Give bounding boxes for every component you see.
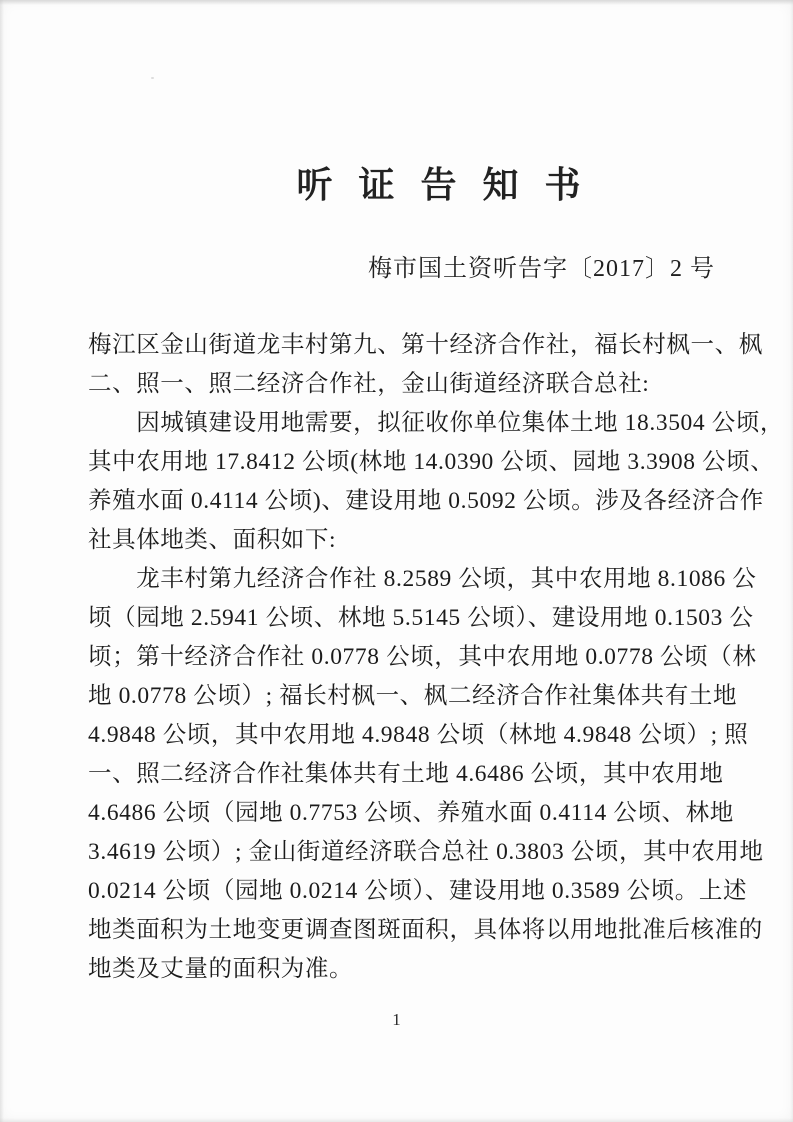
body-line: 因城镇建设用地需要，拟征收你单位集体土地 18.3504 公顷， bbox=[88, 404, 728, 443]
body-line: 顷（园地 2.5941 公顷、林地 5.5145 公顷）、建设用地 0.1503… bbox=[88, 599, 728, 638]
document-body: 梅江区金山街道龙丰村第九、第十经济合作社，福长村枫一、枫 二、照一、照二经济合作… bbox=[88, 326, 728, 989]
document-title: 听 证 告 知 书 bbox=[44, 157, 793, 208]
body-line: 养殖水面 0.4114 公顷)、建设用地 0.5092 公顷。涉及各经济合作 bbox=[88, 482, 728, 521]
body-line: 社具体地类、面积如下: bbox=[88, 521, 728, 560]
scan-edge-shadow-top bbox=[0, 0, 793, 5]
scan-artifact-speck bbox=[151, 77, 154, 79]
body-line: 顷；第十经济合作社 0.0778 公顷，其中农用地 0.0778 公顷（林 bbox=[88, 638, 728, 677]
body-line: 龙丰村第九经济合作社 8.2589 公顷，其中农用地 8.1086 公 bbox=[88, 560, 728, 599]
body-line: 3.4619 公顷）; 金山街道经济联合总社 0.3803 公顷，其中农用地 bbox=[88, 833, 728, 872]
body-line: 二、照一、照二经济合作社，金山街道经济联合总社: bbox=[88, 365, 728, 404]
document-page: 听 证 告 知 书 梅市国土资听告字〔2017〕2 号 梅江区金山街道龙丰村第九… bbox=[0, 0, 793, 1122]
body-line: 梅江区金山街道龙丰村第九、第十经济合作社，福长村枫一、枫 bbox=[88, 326, 728, 365]
body-line: 其中农用地 17.8412 公顷(林地 14.0390 公顷、园地 3.3908… bbox=[88, 443, 728, 482]
scan-edge-shadow-left bbox=[0, 0, 4, 1122]
body-line: 一、照二经济合作社集体共有土地 4.6486 公顷，其中农用地 bbox=[88, 755, 728, 794]
body-line: 4.6486 公顷（园地 0.7753 公顷、养殖水面 0.4114 公顷、林地 bbox=[88, 794, 728, 833]
scan-edge-shadow-bottom bbox=[0, 1118, 793, 1122]
body-line: 0.0214 公顷（园地 0.0214 公顷）、建设用地 0.3589 公顷。上… bbox=[88, 872, 728, 911]
body-line: 地 0.0778 公顷）; 福长村枫一、枫二经济合作社集体共有土地 bbox=[88, 677, 728, 716]
document-reference-number: 梅市国土资听告字〔2017〕2 号 bbox=[368, 248, 715, 283]
body-line: 地类及丈量的面积为准。 bbox=[88, 950, 728, 989]
body-line: 地类面积为土地变更调查图斑面积，具体将以用地批准后核准的 bbox=[88, 911, 728, 950]
body-line: 4.9848 公顷，其中农用地 4.9848 公顷（林地 4.9848 公顷）;… bbox=[88, 716, 728, 755]
page-number: 1 bbox=[0, 1010, 793, 1030]
